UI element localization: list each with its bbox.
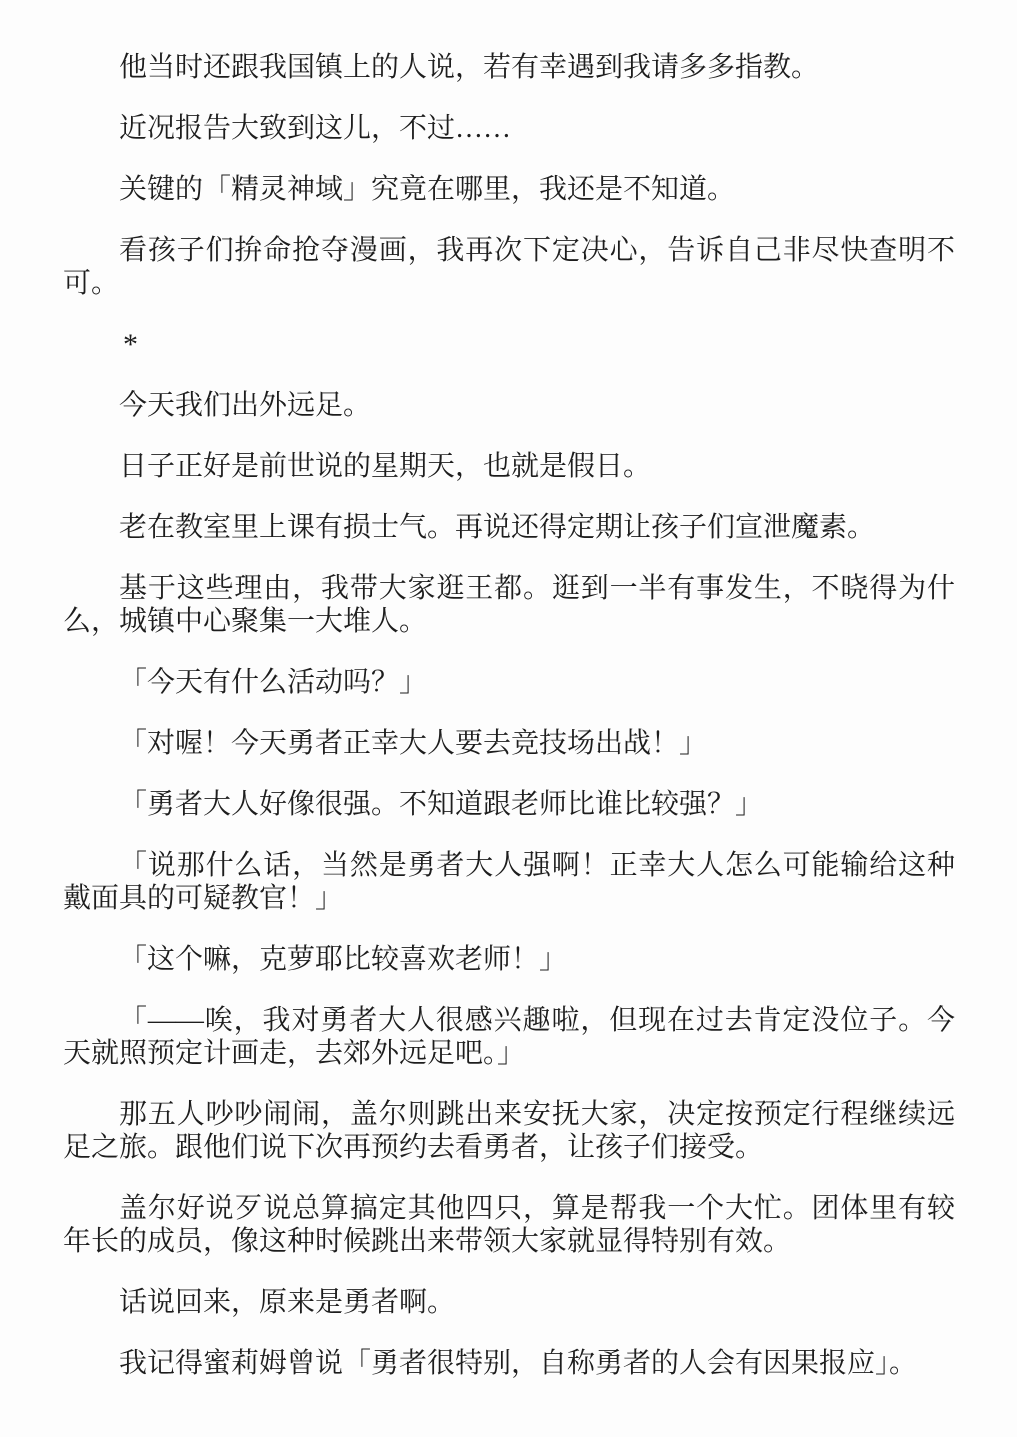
paragraph-dialogue: 「今天有什么活动吗？」 bbox=[63, 666, 955, 699]
paragraph-dialogue: 「说那什么话，当然是勇者大人强啊！正幸大人怎么可能输给这种戴面具的可疑教官！」 bbox=[63, 849, 955, 915]
paragraph: 盖尔好说歹说总算搞定其他四只，算是帮我一个大忙。团体里有较年长的成员，像这种时候… bbox=[63, 1192, 955, 1258]
paragraph-dialogue: 「——唉，我对勇者大人很感兴趣啦，但现在过去肯定没位子。今天就照预定计画走，去郊… bbox=[63, 1004, 955, 1070]
paragraph: 日子正好是前世说的星期天，也就是假日。 bbox=[63, 450, 955, 483]
paragraph: 关键的「精灵神域」究竟在哪里，我还是不知道。 bbox=[63, 173, 955, 206]
paragraph: 看孩子们拚命抢夺漫画，我再次下定决心，告诉自己非尽快查明不可。 bbox=[63, 234, 955, 300]
paragraph: 我记得蜜莉姆曾说「勇者很特别，自称勇者的人会有因果报应」。 bbox=[63, 1347, 955, 1380]
paragraph-dialogue: 「勇者大人好像很强。不知道跟老师比谁比较强？」 bbox=[63, 788, 955, 821]
paragraph: 近况报告大致到这儿，不过…… bbox=[63, 112, 955, 145]
paragraph: 那五人吵吵闹闹，盖尔则跳出来安抚大家，决定按预定行程继续远足之旅。跟他们说下次再… bbox=[63, 1098, 955, 1164]
paragraph-dialogue: 「这个嘛，克萝耶比较喜欢老师！」 bbox=[63, 943, 955, 976]
section-divider: * bbox=[63, 328, 955, 361]
paragraph: 他当时还跟我国镇上的人说，若有幸遇到我请多多指教。 bbox=[63, 51, 955, 84]
paragraph-dialogue: 「对喔！今天勇者正幸大人要去竞技场出战！」 bbox=[63, 727, 955, 760]
paragraph: 话说回来，原来是勇者啊。 bbox=[63, 1286, 955, 1319]
paragraph: 今天我们出外远足。 bbox=[63, 389, 955, 422]
novel-page: 他当时还跟我国镇上的人说，若有幸遇到我请多多指教。 近况报告大致到这儿，不过……… bbox=[0, 0, 1017, 1437]
paragraph: 老在教室里上课有损士气。再说还得定期让孩子们宣泄魔素。 bbox=[63, 511, 955, 544]
paragraph: 基于这些理由，我带大家逛王都。逛到一半有事发生，不晓得为什么，城镇中心聚集一大堆… bbox=[63, 572, 955, 638]
